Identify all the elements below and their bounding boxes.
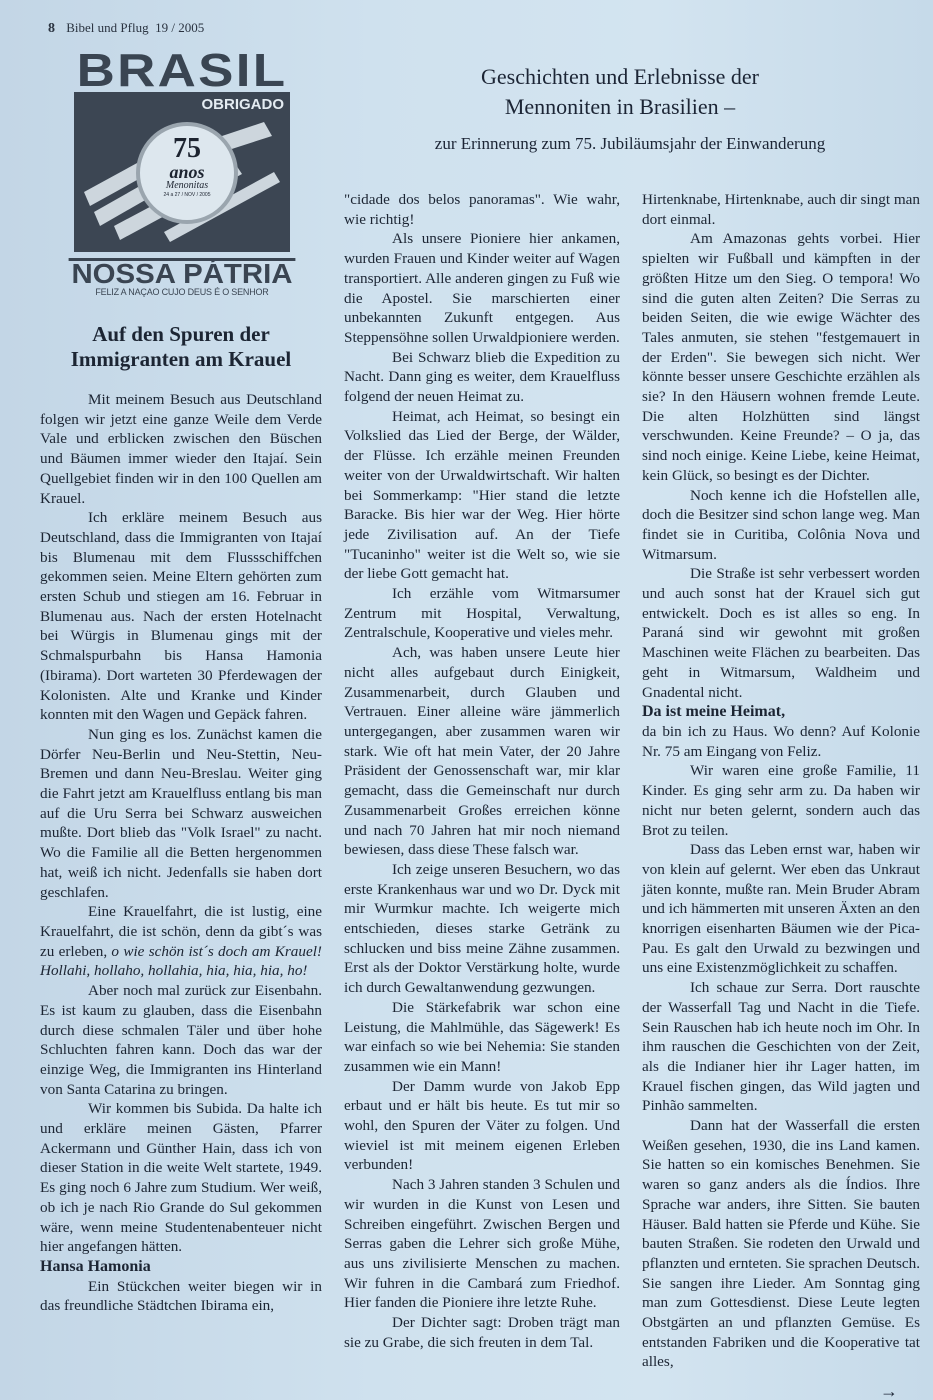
paragraph: Wir waren eine große Familie, 11 Kinder.… (642, 761, 920, 840)
paragraph: Ich zeige unseren Besuchern, wo das erst… (344, 860, 620, 998)
article-title-line1: Geschichten und Erlebnisse der (340, 62, 900, 92)
paragraph: Ach, was haben unsere Leute hier nicht a… (344, 643, 620, 860)
paragraph: Wir kommen bis Subida. Da halte ich und … (40, 1099, 322, 1257)
logo-anos: anos (140, 164, 234, 180)
logo-emblem: OBRIGADO 75 anos Menonitas 24 a 27 / NOV… (74, 92, 290, 252)
running-header: 8 Bibel und Pflug 19 / 2005 (48, 20, 204, 37)
paragraph: Heimat, ach Heimat, so besingt ein Volks… (344, 407, 620, 584)
section-subheading: Hansa Hamonia (40, 1257, 322, 1277)
text-column-3: Hirtenknabe, Hirtenknabe, auch dir singt… (642, 190, 920, 1372)
paragraph: Dass das Leben ernst war, haben wir von … (642, 840, 920, 978)
publication-name: Bibel und Pflug (66, 20, 148, 35)
column1-title-line2: Immigranten am Krauel (40, 347, 322, 372)
paragraph: Ich schaue zur Serra. Dort rauschte der … (642, 978, 920, 1116)
section-subheading: Da ist meine Heimat, (642, 702, 920, 722)
text-column-1: Mit meinem Besuch aus Deutschland folgen… (40, 390, 322, 1316)
logo-brasil-text: BRASIL (58, 50, 306, 90)
paragraph: Ich erkläre meinem Besuch aus Deutschlan… (40, 508, 322, 725)
paragraph: Als unsere Pioniere hier ankamen, wurden… (344, 229, 620, 347)
paragraph: Ich erzähle vom Witmarsumer Zentrum mit … (344, 584, 620, 643)
logo-date: 24 a 27 / NOV / 2005 (140, 192, 234, 198)
paragraph: Die Stärkefabrik war schon eine Leistung… (344, 998, 620, 1077)
paragraph: Dann hat der Wasserfall die ersten Weiße… (642, 1116, 920, 1372)
article-title-line2: Mennoniten in Brasilien – (340, 92, 900, 122)
logo-75: 75 (140, 134, 234, 164)
paragraph: Der Damm wurde von Jakob Epp erbaut und … (344, 1077, 620, 1176)
article-title: Geschichten und Erlebnisse der Mennonite… (340, 62, 900, 122)
text-column-2: "cidade dos belos panoramas". Wie wahr, … (344, 190, 620, 1352)
page-number: 8 (48, 21, 55, 36)
paragraph: Nach 3 Jahren standen 3 Schulen und wir … (344, 1175, 620, 1313)
article-subtitle: zur Erinnerung zum 75. Jubiläumsjahr der… (340, 134, 920, 154)
paragraph: Nun ging es los. Zunächst kamen die Dörf… (40, 725, 322, 902)
paragraph: Mit meinem Besuch aus Deutschland folgen… (40, 390, 322, 508)
paragraph: "cidade dos belos panoramas". Wie wahr, … (344, 190, 620, 229)
paragraph: Am Amazonas gehts vorbei. Hier spielten … (642, 229, 920, 485)
paragraph: da bin ich zu Haus. Wo denn? Auf Kolonie… (642, 722, 920, 761)
paragraph: Aber noch mal zurück zur Eisenbahn. Es i… (40, 981, 322, 1099)
paragraph: Die Straße ist sehr verbessert worden un… (642, 564, 920, 702)
logo-circle: 75 anos Menonitas 24 a 27 / NOV / 2005 (136, 122, 238, 224)
issue-number: 19 / 2005 (155, 20, 204, 35)
paragraph: Bei Schwarz blieb die Expedition zu Nach… (344, 348, 620, 407)
paragraph: Hirtenknabe, Hirtenknabe, auch dir singt… (642, 190, 920, 229)
column1-title: Auf den Spuren der Immigranten am Krauel (40, 322, 322, 372)
paragraph: Der Dichter sagt: Droben trägt man sie z… (344, 1313, 620, 1352)
magazine-page: 8 Bibel und Pflug 19 / 2005 BRASIL OBRIG… (0, 0, 933, 1400)
column1-title-line1: Auf den Spuren der (40, 322, 322, 347)
paragraph: Eine Krauelfahrt, die ist lustig, eine K… (40, 902, 322, 981)
paragraph: Ein Stückchen weiter biegen wir in das f… (40, 1277, 322, 1316)
anniversary-logo: BRASIL OBRIGADO 75 anos Menonitas 24 a 2… (74, 50, 290, 292)
continue-arrow-icon: → (880, 1381, 898, 1400)
paragraph: Noch kenne ich die Hofstellen alle, doch… (642, 486, 920, 565)
logo-menonitas: Menonitas (140, 180, 234, 192)
logo-nossa-patria: NOSSA PÁTRIA (69, 258, 296, 287)
logo-obrigado-text: OBRIGADO (202, 96, 285, 113)
